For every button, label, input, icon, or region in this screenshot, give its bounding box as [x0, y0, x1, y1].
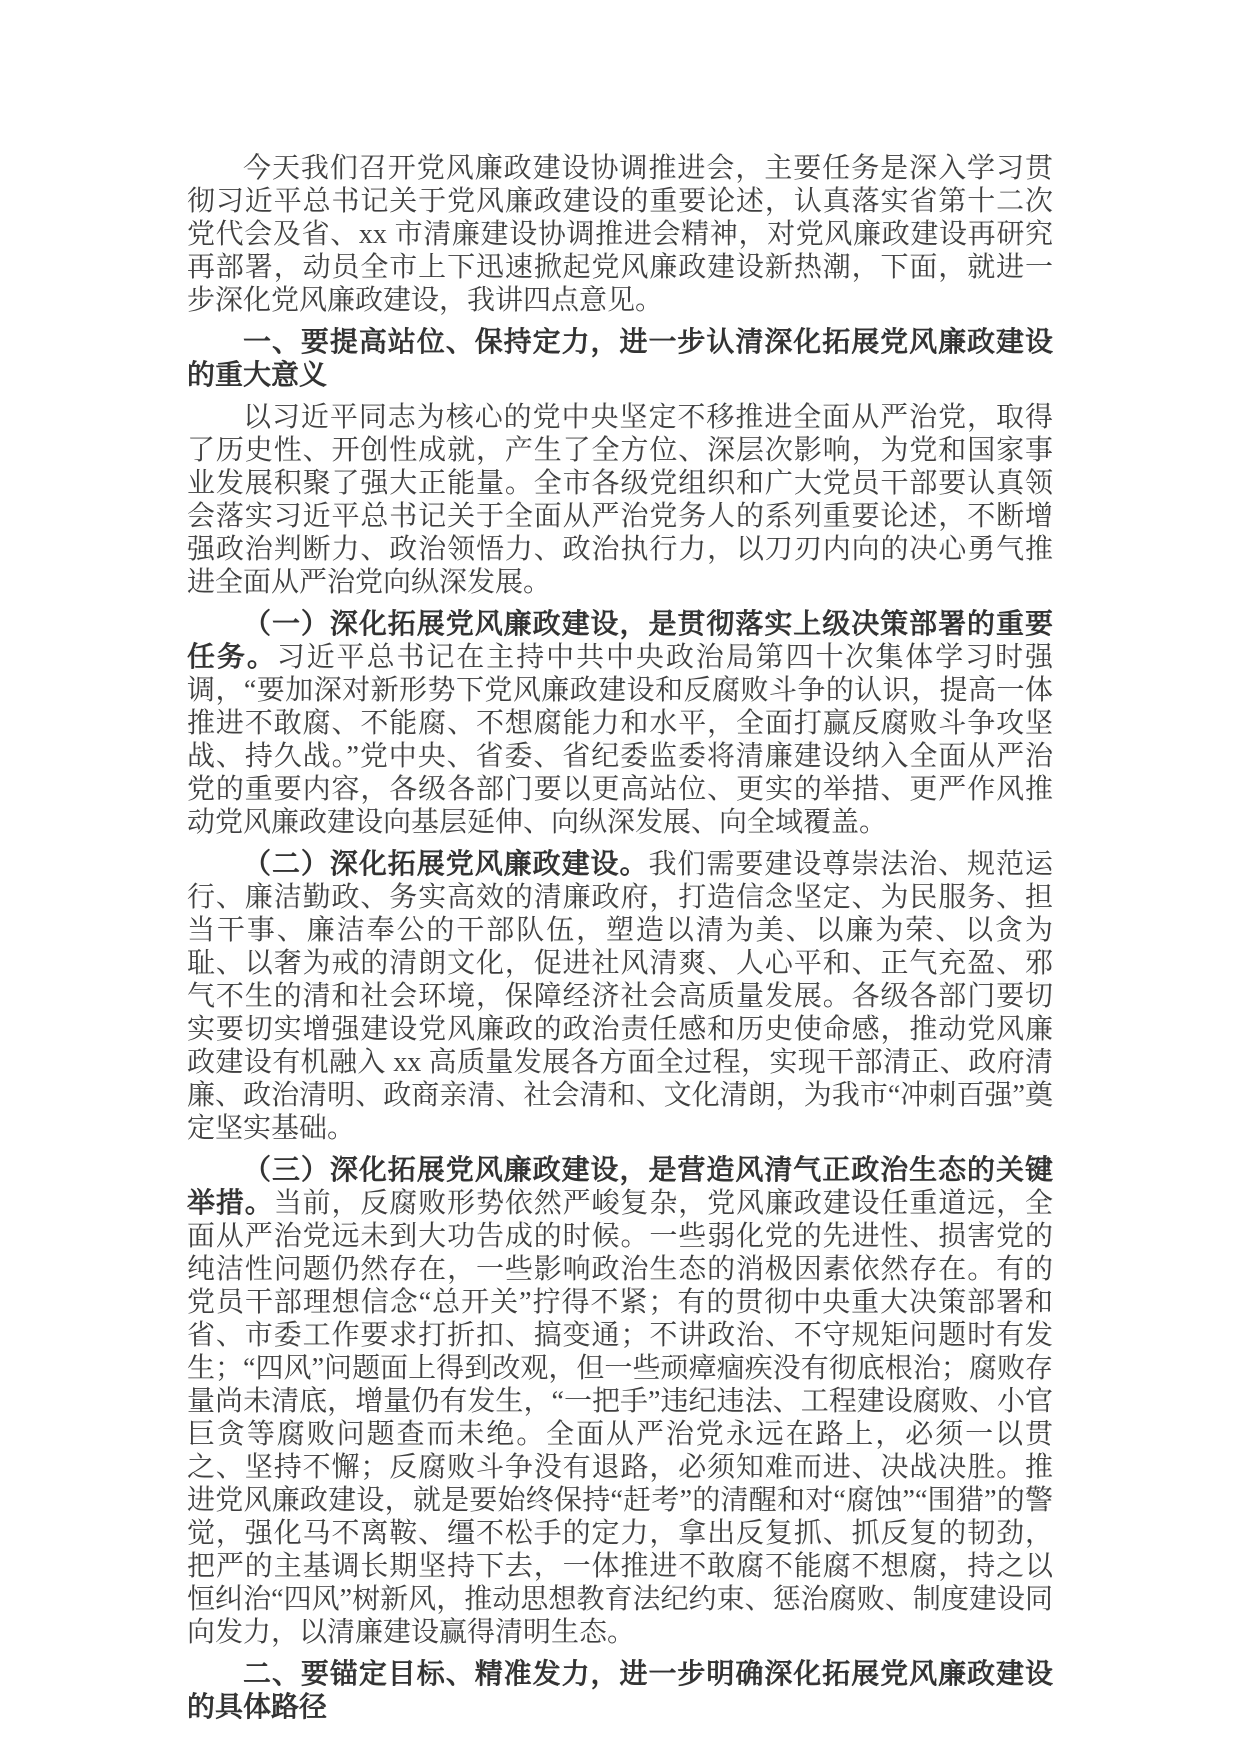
subsection-lead-2: （二）深化拓展党风廉政建设。: [243, 849, 648, 880]
section-heading-2: 二、要锚定目标、精准发力，进一步明确深化拓展党风廉政建设的具体路径: [187, 1658, 1053, 1724]
paragraph-subsection-2: （二）深化拓展党风廉政建设。我们需要建设尊崇法治、规范运行、廉洁勤政、务实高效的…: [187, 848, 1053, 1145]
paragraph-text: 今天我们召开党风廉政建设协调推进会，主要任务是深入学习贯彻习近平总书记关于党风廉…: [187, 153, 1053, 316]
paragraph-text: 以习近平同志为核心的党中央坚定不移推进全面从严治党，取得了历史性、开创性成就，产…: [187, 402, 1053, 598]
document-page: 今天我们召开党风廉政建设协调推进会，主要任务是深入学习贯彻习近平总书记关于党风廉…: [0, 0, 1240, 1754]
paragraph-text: 当前，反腐败形势依然严峻复杂，党风廉政建设任重道远，全面从严治党远未到大功告成的…: [187, 1188, 1053, 1648]
paragraph-section1-intro: 以习近平同志为核心的党中央坚定不移推进全面从严治党，取得了历史性、开创性成就，产…: [187, 401, 1053, 599]
paragraph-intro: 今天我们召开党风廉政建设协调推进会，主要任务是深入学习贯彻习近平总书记关于党风廉…: [187, 152, 1053, 317]
heading-text: 一、要提高站位、保持定力，进一步认清深化拓展党风廉政建设的重大意义: [187, 327, 1053, 391]
heading-text: 二、要锚定目标、精准发力，进一步明确深化拓展党风廉政建设的具体路径: [187, 1659, 1053, 1723]
paragraph-subsection-1: （一）深化拓展党风廉政建设，是贯彻落实上级决策部署的重要任务。习近平总书记在主持…: [187, 608, 1053, 839]
document-content: 今天我们召开党风廉政建设协调推进会，主要任务是深入学习贯彻习近平总书记关于党风廉…: [187, 152, 1053, 1724]
paragraph-text: 我们需要建设尊崇法治、规范运行、廉洁勤政、务实高效的清廉政府，打造信念坚定、为民…: [187, 849, 1053, 1144]
paragraph-text: 习近平总书记在主持中共中央政治局第四十次集体学习时强调，“要加深对新形势下党风廉…: [187, 642, 1053, 838]
section-heading-1: 一、要提高站位、保持定力，进一步认清深化拓展党风廉政建设的重大意义: [187, 326, 1053, 392]
paragraph-subsection-3: （三）深化拓展党风廉政建设，是营造风清气正政治生态的关键举措。当前，反腐败形势依…: [187, 1154, 1053, 1649]
